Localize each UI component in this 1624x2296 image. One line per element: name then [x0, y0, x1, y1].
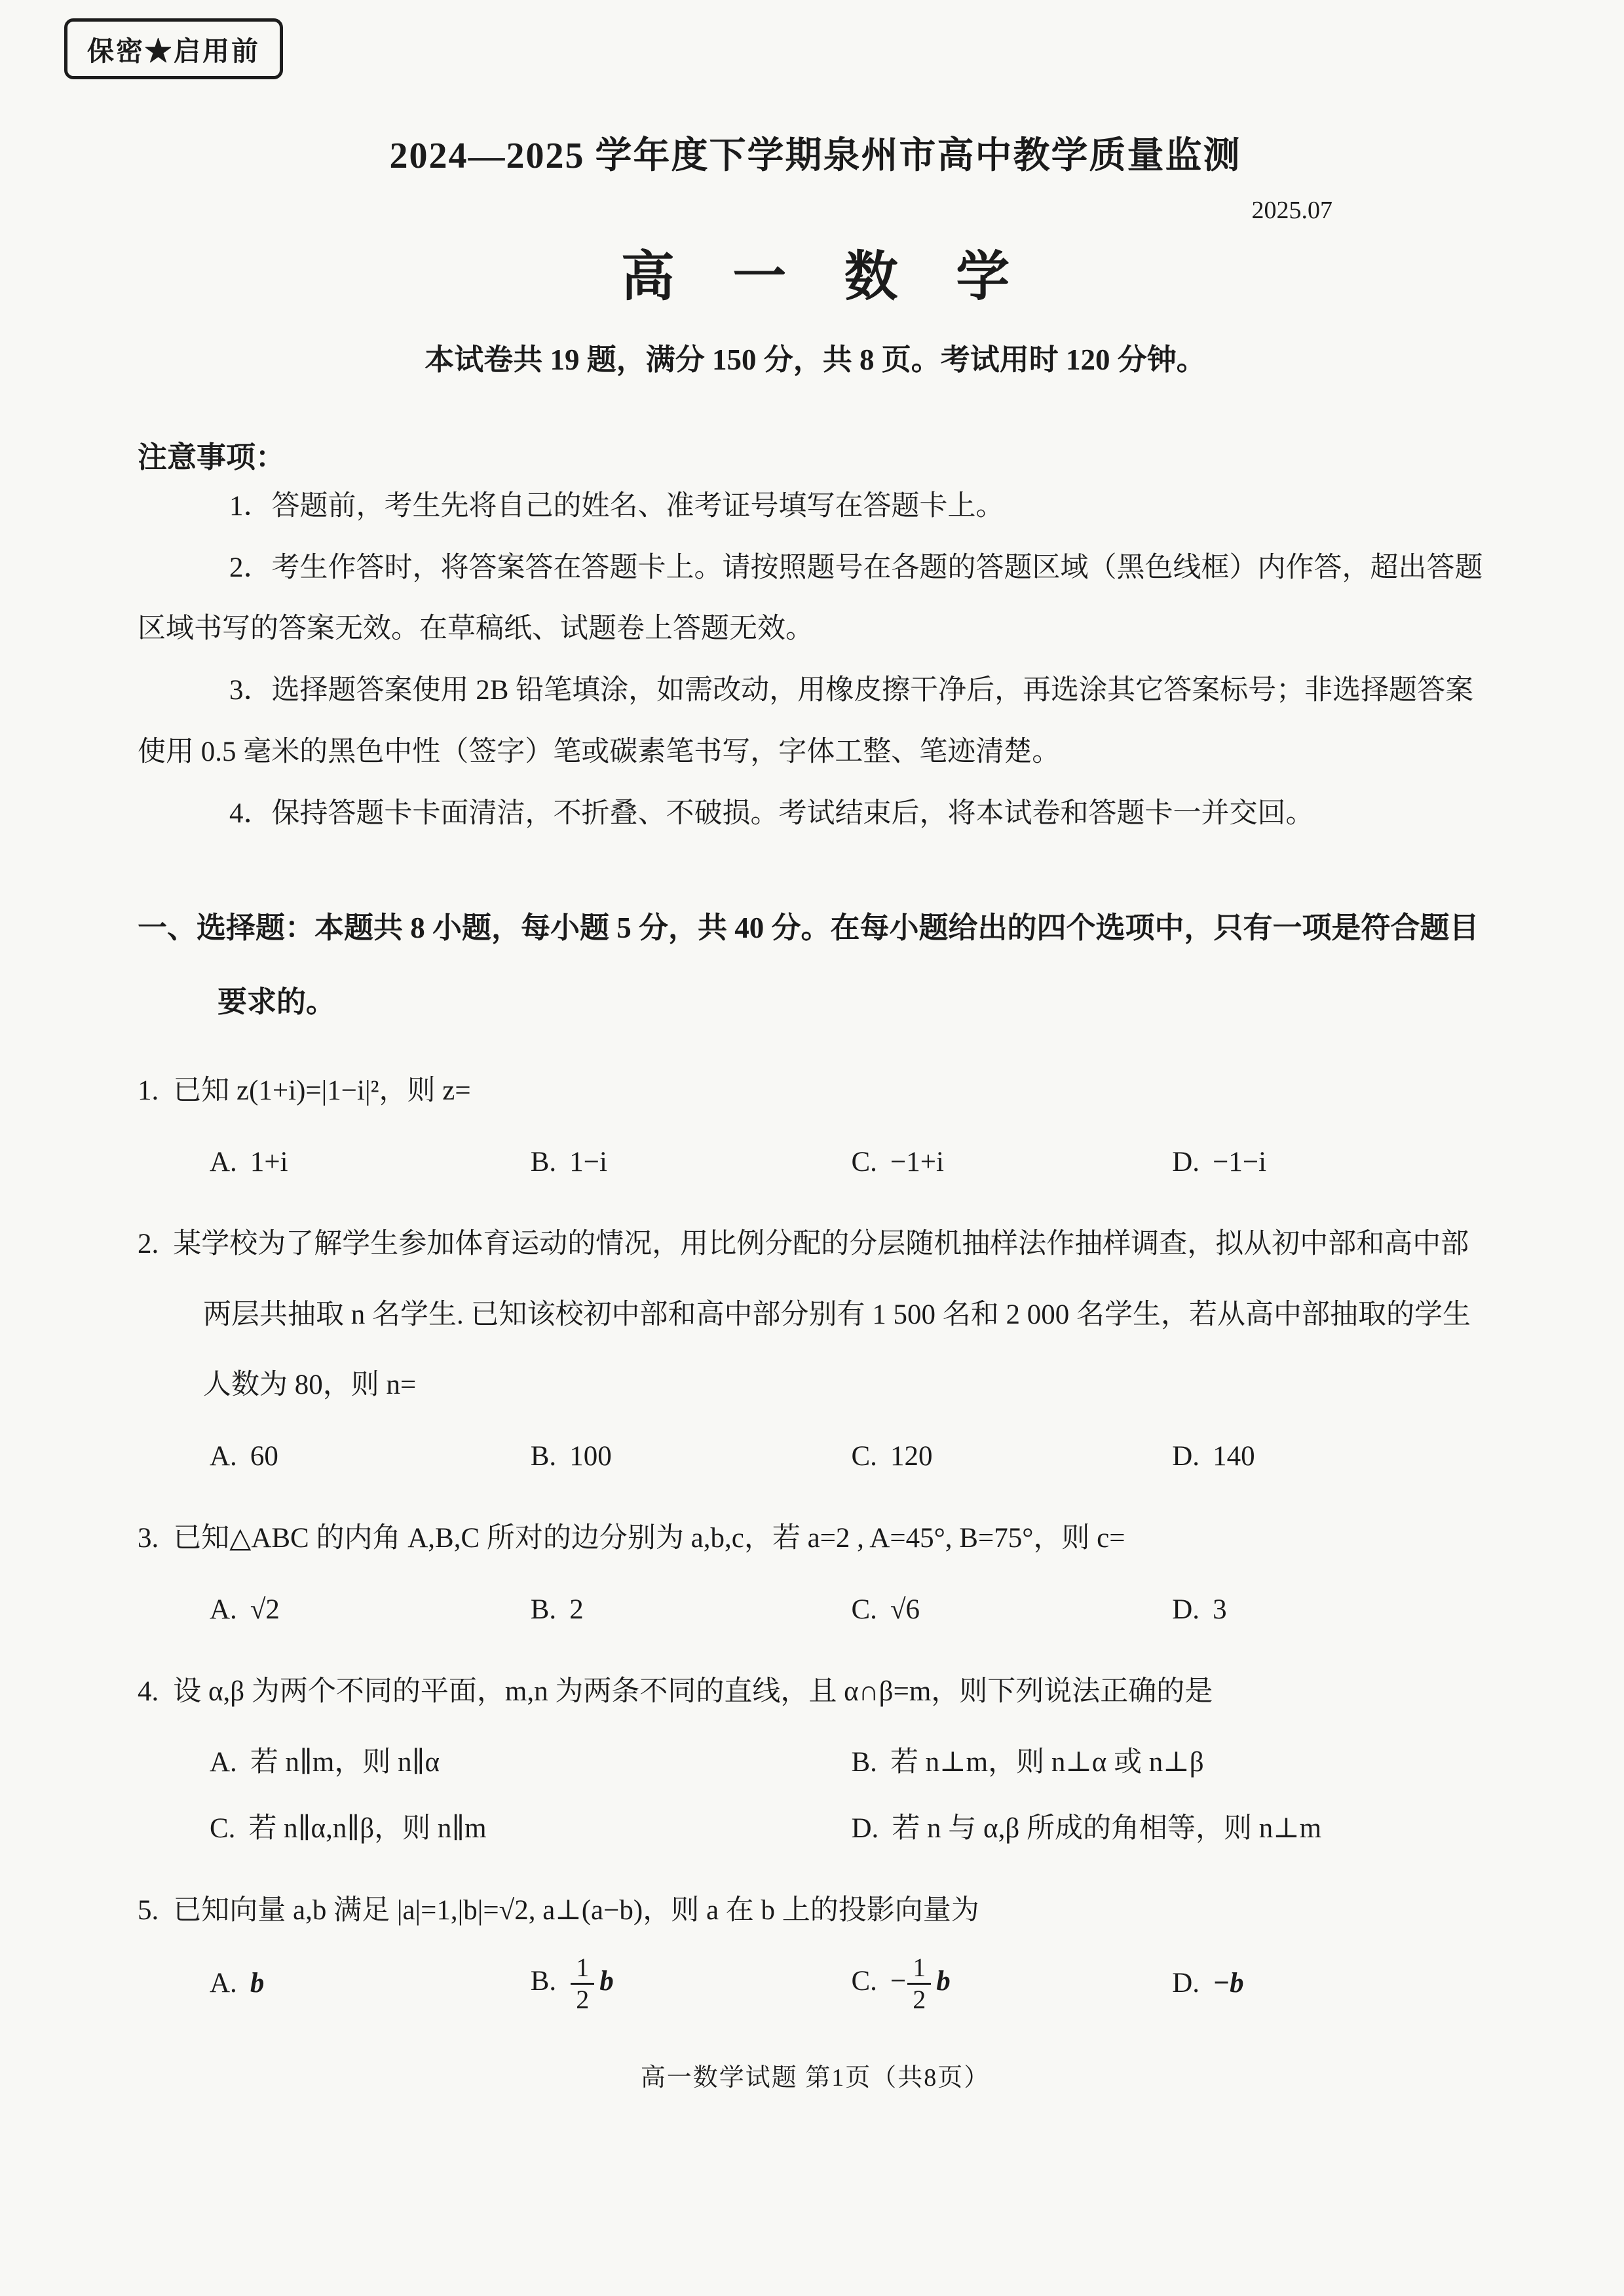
option-4d: D.若 n 与 α,β 所成的角相等，则 n⊥m — [852, 1799, 1494, 1858]
option-2b-label: B. — [531, 1441, 556, 1472]
option-5b: B.12b — [531, 1952, 852, 2015]
option-3a: A.√2 — [210, 1580, 531, 1639]
option-3c-label: C. — [852, 1594, 877, 1625]
option-4b: B.若 n⊥m，则 n⊥α 或 n⊥β — [852, 1733, 1494, 1792]
option-5c-frac-denominator: 2 — [907, 1983, 931, 2015]
option-2c-label: C. — [852, 1441, 877, 1472]
question-3-text: 已知△ABC 的内角 A,B,C 所对的边分别为 a,b,c，若 a=2 , A… — [173, 1523, 1125, 1554]
option-1c: C.−1+i — [852, 1133, 1173, 1192]
option-5c-sign: − — [890, 1966, 906, 1997]
question-1-options: A.1+i B.1−i C.−1+i D.−1−i — [138, 1133, 1493, 1192]
option-5b-label: B. — [531, 1966, 556, 1997]
option-3b-label: B. — [531, 1594, 556, 1625]
option-1d-value: −1−i — [1213, 1147, 1266, 1177]
option-4d-value: 若 n 与 α,β 所成的角相等，则 n⊥m — [892, 1813, 1321, 1844]
question-3-options: A.√2 B.2 C.√6 D.3 — [138, 1580, 1493, 1639]
question-4-text: 设 α,β 为两个不同的平面，m,n 为两条不同的直线，且 α∩β=m，则下列说… — [173, 1676, 1213, 1707]
question-2-number: 2. — [138, 1229, 159, 1259]
option-4b-label: B. — [852, 1747, 877, 1778]
option-4c-label: C. — [210, 1813, 235, 1844]
question-2-stem: 2.某学校为了解学生参加体育运动的情况，用比例分配的分层随机抽样法作抽样调查，拟… — [138, 1209, 1493, 1421]
subject-title: 高 一 数 学 — [138, 234, 1493, 311]
question-1-number: 1. — [138, 1075, 159, 1106]
option-2b-value: 100 — [569, 1441, 612, 1472]
option-1c-value: −1+i — [890, 1147, 944, 1177]
paper-info: 本试卷共 19 题，满分 150 分，共 8 页。考试用时 120 分钟。 — [138, 335, 1493, 378]
option-2a-value: 60 — [250, 1441, 278, 1472]
question-5-options: A.b B.12b C.−12b D.−b — [138, 1952, 1493, 2015]
question-5-stem: 5.已知向量 a,b 满足 |a|=1,|b|=√2, a⊥(a−b)，则 a … — [138, 1875, 1493, 1946]
notice-item-3: 3．选择题答案使用 2B 铅笔填涂，如需改动，用橡皮擦干净后，再选涂其它答案标号… — [138, 660, 1493, 782]
option-1d: D.−1−i — [1172, 1133, 1493, 1192]
option-5a-label: A. — [210, 1968, 237, 1999]
option-4a: A.若 n∥m，则 n∥α — [210, 1733, 852, 1792]
option-5d: D.−b — [1172, 1954, 1493, 2013]
option-2d-label: D. — [1172, 1441, 1199, 1472]
option-3b-value: 2 — [569, 1594, 584, 1625]
option-5c-frac-numerator: 1 — [907, 1953, 931, 1983]
option-5b-frac-numerator: 1 — [571, 1953, 594, 1983]
option-1a: A.1+i — [210, 1133, 531, 1192]
option-2c-value: 120 — [890, 1441, 933, 1472]
option-3a-value: √2 — [250, 1594, 280, 1625]
option-2d-value: 140 — [1213, 1441, 1255, 1472]
question-4-stem: 4.设 α,β 为两个不同的平面，m,n 为两条不同的直线，且 α∩β=m，则下… — [138, 1656, 1493, 1727]
option-5b-frac-denominator: 2 — [571, 1983, 594, 2015]
exam-title: 2024—2025 学年度下学期泉州市高中教学质量监测 — [138, 126, 1493, 179]
option-5a: A.b — [210, 1954, 531, 2013]
question-5-number: 5. — [138, 1895, 159, 1926]
notice-heading: 注意事项： — [138, 433, 1493, 476]
option-5c-vector: b — [936, 1966, 951, 1997]
exam-date: 2025.07 — [138, 196, 1493, 225]
notice-item-4: 4．保持答题卡卡面清洁，不折叠、不破损。考试结束后，将本试卷和答题卡一并交回。 — [138, 783, 1493, 845]
option-3d-value: 3 — [1213, 1594, 1227, 1625]
option-5c-label: C. — [852, 1966, 877, 1997]
option-4b-value: 若 n⊥m，则 n⊥α 或 n⊥β — [890, 1747, 1204, 1778]
option-1d-label: D. — [1172, 1147, 1199, 1177]
option-2b: B.100 — [531, 1427, 852, 1486]
option-4d-label: D. — [852, 1813, 879, 1844]
option-3c-value: √6 — [890, 1594, 920, 1625]
question-4-options-row-2: C.若 n∥α,n∥β，则 n∥m D.若 n 与 α,β 所成的角相等，则 n… — [138, 1799, 1493, 1858]
option-1b-label: B. — [531, 1147, 556, 1177]
exam-paper-page: 保密★启用前 2024—2025 学年度下学期泉州市高中教学质量监测 2025.… — [0, 0, 1624, 2296]
option-1c-label: C. — [852, 1147, 877, 1177]
question-4-number: 4. — [138, 1676, 159, 1707]
notice-list: 1．答题前，考生先将自己的姓名、准考证号填写在答题卡上。 2．考生作答时，将答案… — [138, 476, 1493, 844]
option-3b: B.2 — [531, 1580, 852, 1639]
option-4c-value: 若 n∥α,n∥β，则 n∥m — [248, 1813, 486, 1844]
option-5c: C.−12b — [852, 1952, 1173, 2015]
option-4c: C.若 n∥α,n∥β，则 n∥m — [210, 1799, 852, 1858]
question-3-stem: 3.已知△ABC 的内角 A,B,C 所对的边分别为 a,b,c，若 a=2 ,… — [138, 1503, 1493, 1574]
option-5b-vector: b — [599, 1966, 614, 1997]
question-1-text: 已知 z(1+i)=|1−i|²，则 z= — [173, 1075, 470, 1106]
option-4a-value: 若 n∥m，则 n∥α — [250, 1747, 440, 1778]
option-5d-value: −b — [1213, 1968, 1244, 1999]
option-2a-label: A. — [210, 1441, 237, 1472]
option-1a-label: A. — [210, 1147, 237, 1177]
question-5-text: 已知向量 a,b 满足 |a|=1,|b|=√2, a⊥(a−b)，则 a 在 … — [173, 1895, 979, 1926]
option-5c-fraction: 12 — [907, 1953, 931, 2015]
question-2-options: A.60 B.100 C.120 D.140 — [138, 1427, 1493, 1486]
option-2d: D.140 — [1172, 1427, 1493, 1486]
notice-item-2: 2．考生作答时，将答案答在答题卡上。请按照题号在各题的答题区域（黑色线框）内作答… — [138, 537, 1493, 660]
question-3-number: 3. — [138, 1523, 159, 1554]
confidential-badge: 保密★启用前 — [64, 18, 283, 79]
option-1a-value: 1+i — [250, 1147, 288, 1177]
option-3d: D.3 — [1172, 1580, 1493, 1639]
question-1-stem: 1.已知 z(1+i)=|1−i|²，则 z= — [138, 1056, 1493, 1126]
option-4a-label: A. — [210, 1747, 237, 1778]
question-2-text: 某学校为了解学生参加体育运动的情况，用比例分配的分层随机抽样法作抽样调查，拟从初… — [173, 1229, 1471, 1400]
confidential-badge-text: 保密★启用前 — [87, 36, 260, 66]
option-2a: A.60 — [210, 1427, 531, 1486]
option-5d-label: D. — [1172, 1968, 1199, 1999]
option-5b-fraction: 12 — [571, 1953, 594, 2015]
option-2c: C.120 — [852, 1427, 1173, 1486]
section-heading: 一、选择题：本题共 8 小题，每小题 5 分，共 40 分。在每小题给出的四个选… — [138, 891, 1493, 1039]
option-1b: B.1−i — [531, 1133, 852, 1192]
option-3c: C.√6 — [852, 1580, 1173, 1639]
page-footer: 高一数学试题 第1页（共8页） — [138, 2057, 1493, 2093]
option-5a-value: b — [250, 1968, 265, 1999]
option-3d-label: D. — [1172, 1594, 1199, 1625]
option-3a-label: A. — [210, 1594, 237, 1625]
question-4-options-row-1: A.若 n∥m，则 n∥α B.若 n⊥m，则 n⊥α 或 n⊥β — [138, 1733, 1493, 1792]
notice-item-1: 1．答题前，考生先将自己的姓名、准考证号填写在答题卡上。 — [138, 476, 1493, 537]
option-1b-value: 1−i — [569, 1147, 607, 1177]
